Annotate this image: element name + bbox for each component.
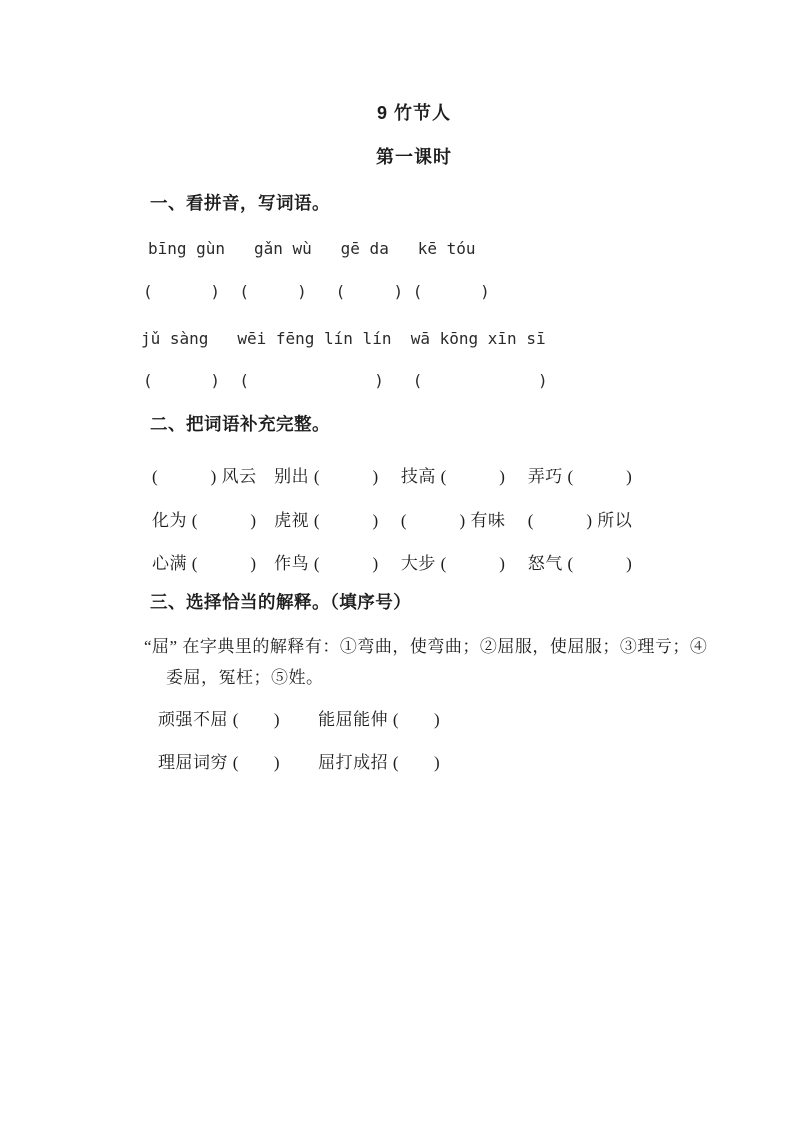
definition-line-1: “屈” 在字典里的解释有：①弯曲，使弯曲；②屈服，使屈服；③理亏；④ <box>144 636 707 657</box>
phrase-row: 顽强不屈 ( ) 能屈能伸 ( ) <box>158 709 440 730</box>
period-subtitle: 第一课时 <box>376 146 452 169</box>
phrase-item: 能屈能伸 ( ) <box>318 709 440 730</box>
phrase-item: 屈打成招 ( ) <box>318 752 440 773</box>
phrase-item: 顽强不屈 ( ) <box>158 709 280 730</box>
word-completion-row: ( ) 风云 别出 ( ) 技高 ( ) 弄巧 ( ) <box>152 466 632 487</box>
section-1-heading: 一、看拼音，写词语。 <box>150 193 330 215</box>
phrase-item: 理屈词穷 ( ) <box>158 752 280 773</box>
lesson-title: 9 竹节人 <box>377 102 451 125</box>
pinyin-line-2: jǔ sàng wēi fēng lín lín wā kōng xīn sī <box>141 329 546 349</box>
word-completion-row: 化为 ( ) 虎视 ( ) ( ) 有味 ( ) 所以 <box>152 510 632 531</box>
phrase-row: 理屈词穷 ( ) 屈打成招 ( ) <box>158 752 440 773</box>
answer-blanks-line-1: ( ) ( ) ( ) ( ) <box>143 282 490 302</box>
pinyin-line-1: bīng gùn gǎn wù gē da kē tóu <box>148 239 476 259</box>
definition-line-2: 委屈，冤枉；⑤姓。 <box>166 667 324 688</box>
worksheet-page: 9 竹节人 第一课时 一、看拼音，写词语。 bīng gùn gǎn wù gē… <box>0 0 793 1122</box>
section-3-heading: 三、选择恰当的解释。（填序号） <box>150 592 411 614</box>
word-completion-row: 心满 ( ) 作鸟 ( ) 大步 ( ) 怒气 ( ) <box>152 553 632 574</box>
section-2-heading: 二、把词语补充完整。 <box>150 414 330 436</box>
answer-blanks-line-2: ( ) ( ) ( ) <box>143 371 548 391</box>
